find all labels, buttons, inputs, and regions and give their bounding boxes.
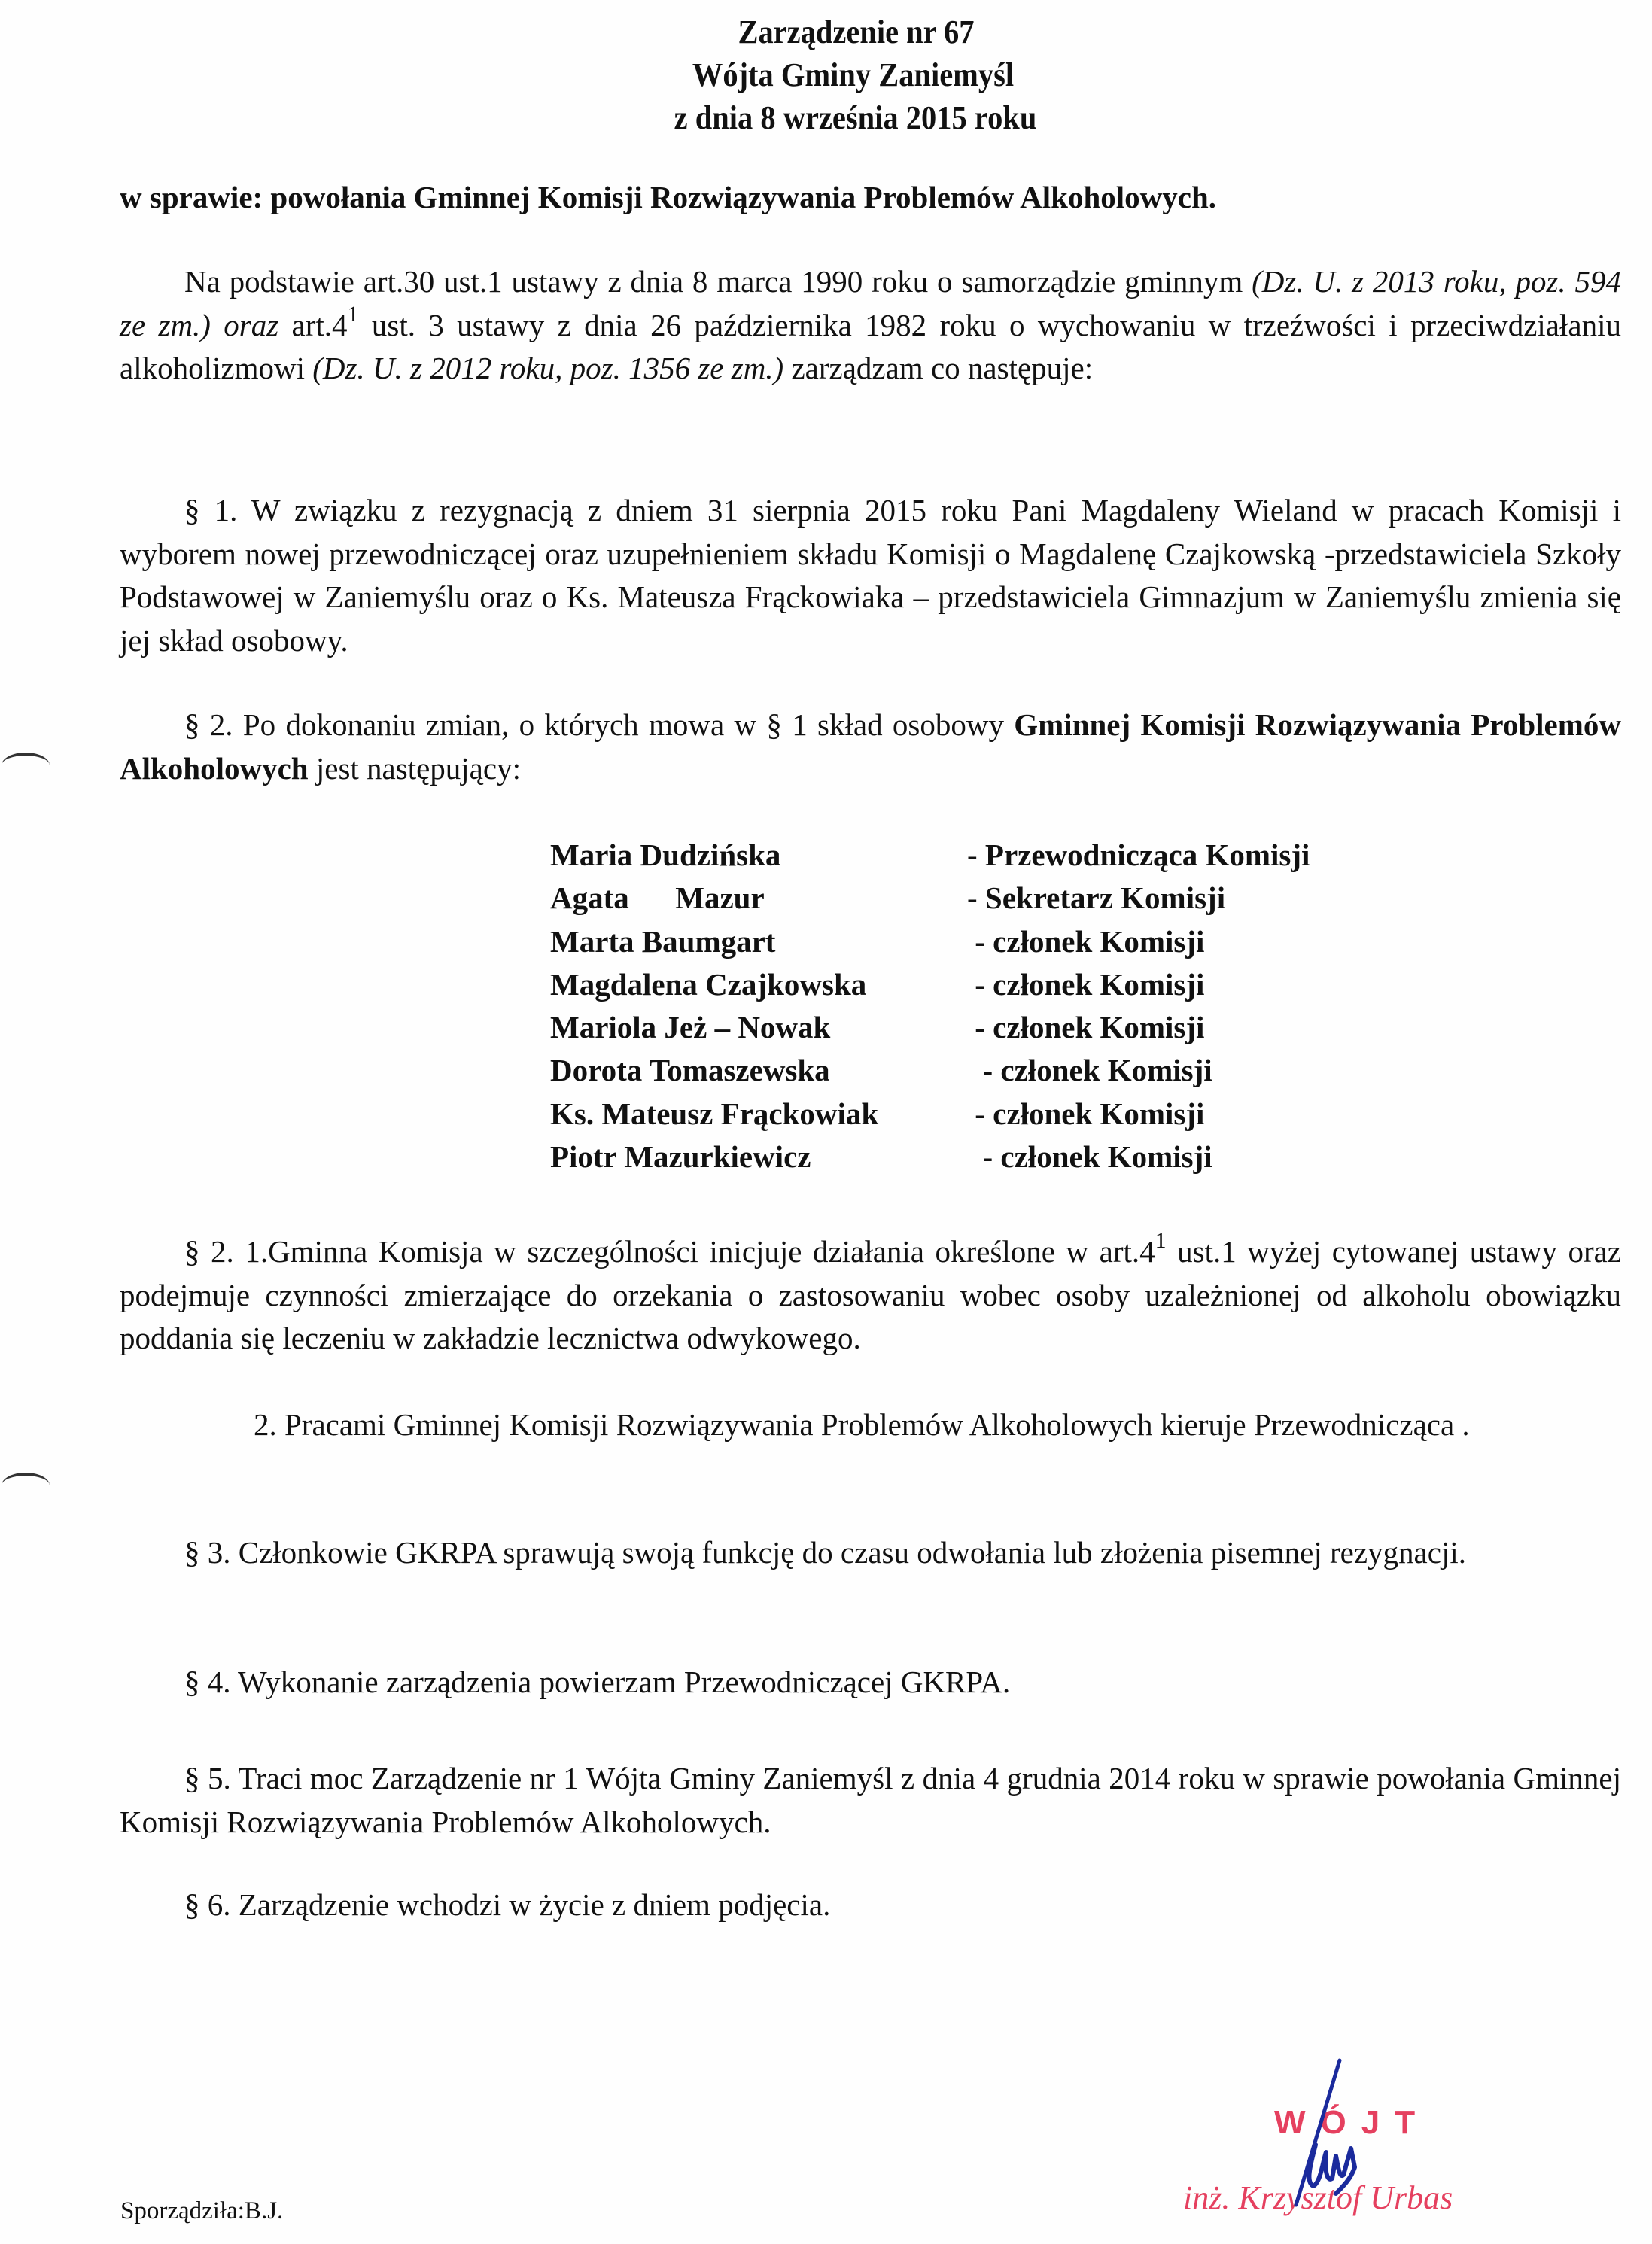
members-list: Maria Dudzińska- Przewodnicząca KomisjiA… xyxy=(550,837,1310,1181)
member-name: Piotr Mazurkiewicz xyxy=(550,1139,967,1181)
prepared-by: Sporządziła:B.J. xyxy=(120,2197,283,2225)
section-text: § 2. Po dokonaniu zmian, o których mowa … xyxy=(184,707,1014,742)
section-text: § 5. Traci moc Zarządzenie nr 1 Wójta Gm… xyxy=(120,1761,1621,1839)
member-row: Maria Dudzińska- Przewodnicząca Komisji xyxy=(550,837,1310,880)
section-4: § 4. Wykonanie zarządzenia powierzam Prz… xyxy=(120,1661,1621,1704)
member-name: Magdalena Czajkowska xyxy=(550,966,967,1009)
member-role: - członek Komisji xyxy=(967,1139,1212,1181)
section-2-2: 2. Pracami Gminnej Komisji Rozwiązywania… xyxy=(120,1403,1621,1447)
ordinance-date: z dnia 8 września 2015 roku xyxy=(123,96,1589,139)
section-text: § 4. Wykonanie zarządzenia powierzam Prz… xyxy=(184,1665,1010,1699)
section-text: § 3. Członkowie GKRPA sprawują swoją fun… xyxy=(184,1535,1466,1570)
member-role: - Sekretarz Komisji xyxy=(967,880,1225,923)
section-2-intro: § 2. Po dokonaniu zmian, o których mowa … xyxy=(120,704,1621,790)
signature-icon xyxy=(1279,2054,1385,2227)
section-2-1: § 2. 1.Gminna Komisja w szczególności in… xyxy=(120,1230,1621,1361)
member-name: Maria Dudzińska xyxy=(550,837,967,880)
section-text: 2. Pracami Gminnej Komisji Rozwiązywania… xyxy=(254,1407,1470,1442)
citation: (Dz. U. z 2012 roku, poz. 1356 ze zm.) xyxy=(312,351,783,385)
superscript: 1 xyxy=(1155,1228,1167,1253)
member-role: - członek Komisji xyxy=(967,1052,1212,1095)
section-5: § 5. Traci moc Zarządzenie nr 1 Wójta Gm… xyxy=(120,1757,1621,1844)
superscript: 1 xyxy=(348,302,359,327)
document-page: Zarządzenie nr 67 Wójta Gminy Zaniemyśl … xyxy=(0,0,1652,2244)
section-6: § 6. Zarządzenie wchodzi w życie z dniem… xyxy=(120,1884,1621,1927)
member-role: - Przewodnicząca Komisji xyxy=(967,837,1310,880)
preamble: Na podstawie art.30 ust.1 ustawy z dnia … xyxy=(120,260,1621,391)
member-name: Mariola Jeż – Nowak xyxy=(550,1009,967,1052)
member-row: Marta Baumgart - członek Komisji xyxy=(550,923,1310,966)
preamble-text: zarządzam co następuje: xyxy=(783,351,1093,385)
section-text: § 2. 1.Gminna Komisja w szczególności in… xyxy=(184,1234,1155,1269)
punch-hole-mark xyxy=(2,1473,50,1498)
member-role: - członek Komisji xyxy=(967,923,1204,966)
member-row: Mariola Jeż – Nowak - członek Komisji xyxy=(550,1009,1310,1052)
member-role: - członek Komisji xyxy=(967,1009,1204,1052)
preamble-text: Na podstawie art.30 ust.1 ustawy z dnia … xyxy=(184,264,1252,299)
member-row: Agata Mazur- Sekretarz Komisji xyxy=(550,880,1310,923)
ordinance-number: Zarządzenie nr 67 xyxy=(124,11,1589,53)
punch-hole-mark xyxy=(2,753,50,778)
section-1-text: § 1. W związku z rezygnacją z dniem 31 s… xyxy=(120,493,1621,658)
preamble-text: art.4 xyxy=(278,308,347,342)
member-row: Dorota Tomaszewska - członek Komisji xyxy=(550,1052,1310,1095)
member-row: Ks. Mateusz Frąckowiak - członek Komisji xyxy=(550,1096,1310,1139)
member-name: Ks. Mateusz Frąckowiak xyxy=(550,1096,967,1139)
member-row: Piotr Mazurkiewicz - członek Komisji xyxy=(550,1139,1310,1181)
section-1: § 1. W związku z rezygnacją z dniem 31 s… xyxy=(120,489,1621,662)
section-3: § 3. Członkowie GKRPA sprawują swoją fun… xyxy=(120,1531,1621,1575)
issuer: Wójta Gminy Zaniemyśl xyxy=(118,53,1588,96)
member-role: - członek Komisji xyxy=(967,1096,1204,1139)
member-row: Magdalena Czajkowska - członek Komisji xyxy=(550,966,1310,1009)
member-name: Agata Mazur xyxy=(550,880,967,923)
section-text: jest następujący: xyxy=(309,751,521,786)
member-name: Dorota Tomaszewska xyxy=(550,1052,967,1095)
subject-line: w sprawie: powołania Gminnej Komisji Roz… xyxy=(120,179,1216,215)
member-role: - członek Komisji xyxy=(967,966,1204,1009)
member-name: Marta Baumgart xyxy=(550,923,967,966)
document-header: Zarządzenie nr 67 Wójta Gminy Zaniemyśl … xyxy=(0,11,1652,139)
section-text: § 6. Zarządzenie wchodzi w życie z dniem… xyxy=(184,1887,830,1922)
